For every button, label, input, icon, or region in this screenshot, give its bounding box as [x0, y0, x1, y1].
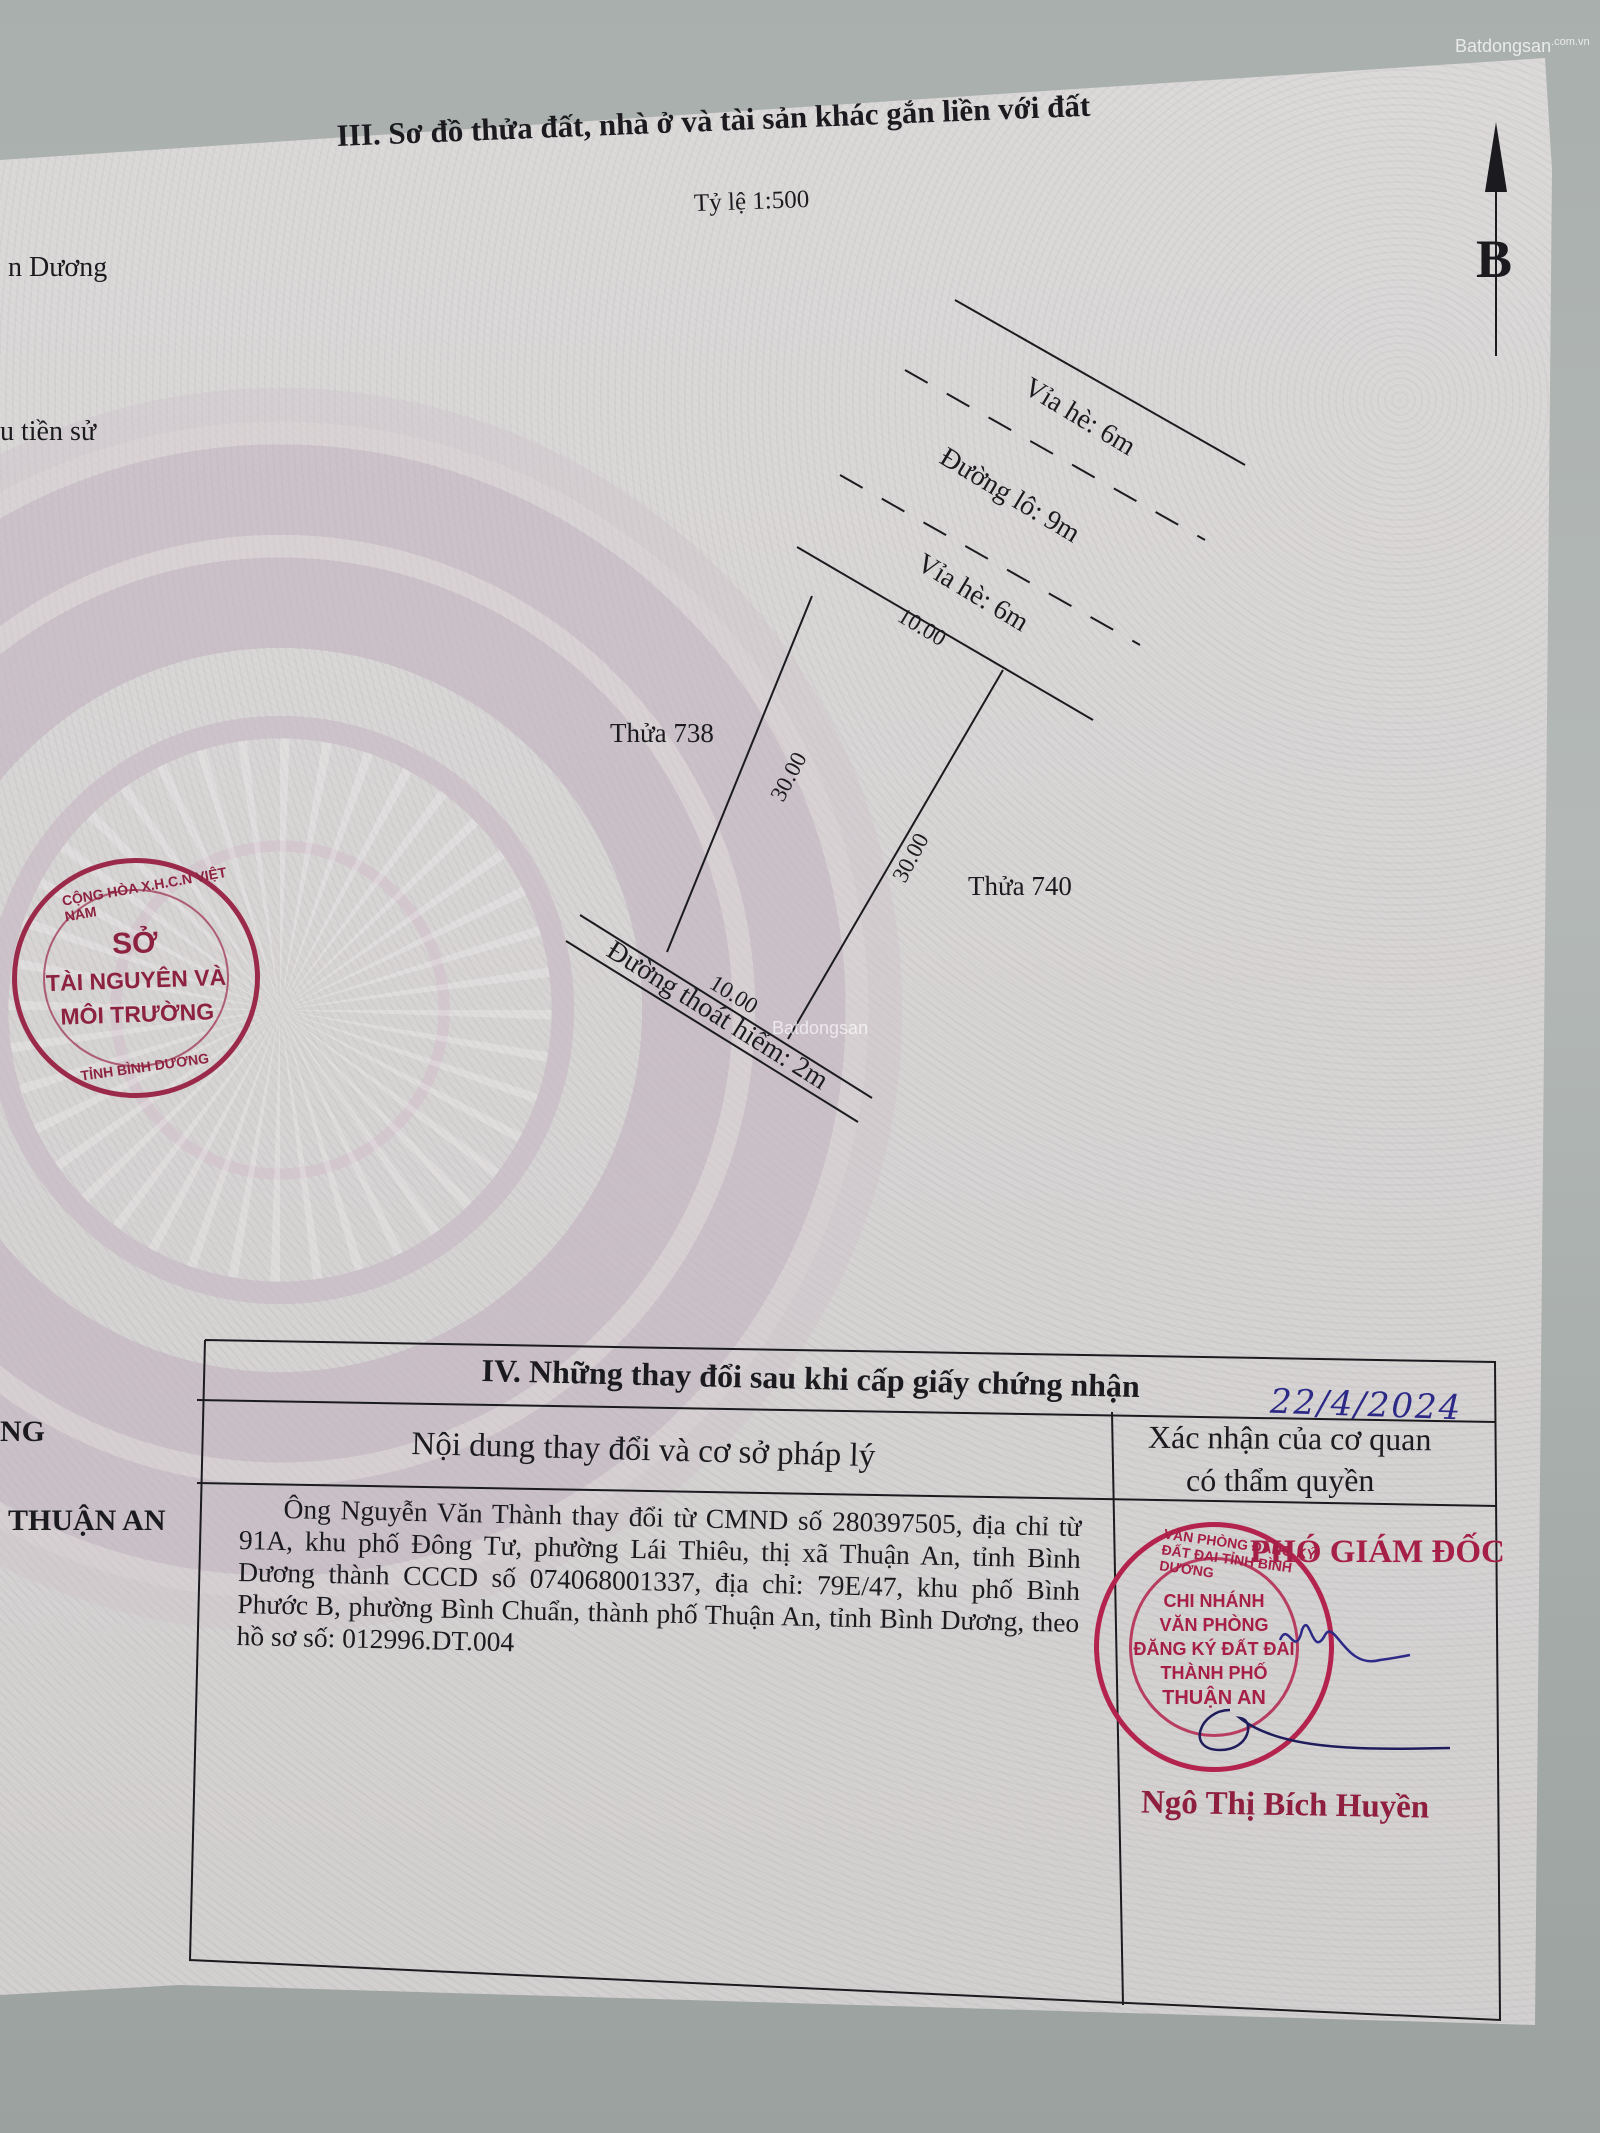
watermark-brand-center: Batdongsan [772, 1018, 868, 1039]
neighbor-lot-738: Thửa 738 [610, 718, 714, 748]
watermark-brand: Batdongsan.com.vn [1455, 36, 1590, 57]
front-edge-dimension: 10.00 [893, 603, 950, 651]
plot-diagram: Vỉa hè: 6m Đường lô: 9m Vỉa hè: 6m Đường… [0, 0, 1600, 1300]
neighbor-lot-740: Thửa 740 [968, 871, 1072, 901]
signatory-position: PHÓ GIÁM ĐỐC [1250, 1534, 1505, 1571]
left-side-dimension: 30.00 [765, 748, 811, 805]
change-content-text: Ông Nguyễn Văn Thành thay đổi từ CMND số… [236, 1492, 1081, 1671]
column-header-confirmation-line-2: có thẩm quyền [1186, 1462, 1374, 1499]
left-fragment-ng: NG [0, 1415, 45, 1449]
signatory-name: Ngô Thị Bích Huyền [1141, 1784, 1430, 1826]
left-fragment-thuan-an: THUẬN AN [8, 1504, 166, 1538]
rear-path-label: Đường thoát hiểm: 2m [601, 935, 834, 1096]
signature-icon [1160, 1600, 1480, 1760]
road-label: Đường lô: 9m [934, 441, 1085, 549]
column-header-confirmation-line-1: Xác nhận của cơ quan [1148, 1419, 1432, 1458]
far-sidewalk-label: Vỉa hè: 6m [1018, 371, 1141, 462]
